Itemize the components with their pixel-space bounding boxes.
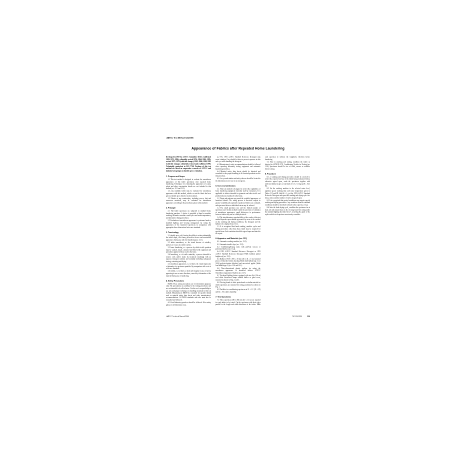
paragraph-1-2: 1.2 Any washable fabric may be evaluated…	[166, 190, 211, 197]
page-footer: AATCC Technical Manual/2000 TM 124-1996 …	[167, 316, 311, 318]
section-3-heading: 3. Terminology	[166, 231, 211, 233]
paragraph-7-2: 7.2 Prior to marking and cutting, condit…	[265, 161, 310, 170]
paragraph-6-5: 6.5 Ballast of 920 x 920 ± 30 mm (36 x 3…	[216, 258, 261, 267]
paragraph-5-4: 5.4 The interlaboratory reproducibility …	[216, 216, 261, 225]
paragraph-3-1: 3.1 durable press, adj.: having the abil…	[166, 234, 211, 241]
paragraph-4-3: 4.3 Manufacturer's safety recommendation…	[216, 163, 261, 170]
development-history-paragraph: Developed in 1967 by AATCC Committee RA6…	[166, 156, 211, 172]
paragraph-3-4: 3.4 laundering, n.: of textile materials…	[166, 253, 211, 262]
footer-manual-label: AATCC Technical Manual/2000	[167, 316, 189, 318]
paragraph-8-4: 8.4 After the final drying cycle, condit…	[265, 206, 310, 215]
paragraph-5-1: 5.1 This test method is designed to refl…	[216, 188, 261, 197]
three-column-text-flow: Developed in 1967 by AATCC Committee RA6…	[166, 156, 310, 310]
footer-right-group: TM 124-1996 206	[292, 316, 310, 318]
section-4-heading: 4. Safety Precautions	[166, 279, 211, 281]
paragraph-4-4: 4.4 Material safety data sheets should b…	[216, 170, 261, 177]
paragraph-6-8: 6.8 Viewing board of white posterboard o…	[216, 281, 261, 288]
section-8-heading: 8. Procedure	[265, 173, 310, 175]
document-page-inner: AATCC Test Method 124-1996 Appearance of…	[166, 136, 310, 326]
paragraph-6-7: 6.7 Overhead lighting fixture equipped w…	[216, 274, 261, 281]
section-1-heading: 1. Purpose and Scope	[166, 175, 211, 177]
safety-note-paragraph: NOTE: These safety precautions are for i…	[166, 283, 211, 301]
section-2-heading: 2. Principle	[166, 207, 211, 209]
footer-page-number: 206	[307, 316, 310, 318]
paragraph-4-1: 4.1 Good laboratory practices should be …	[166, 301, 211, 306]
method-number-label: AATCC Test Method 124-1996	[167, 137, 194, 139]
paragraph-5-3: 5.3 The small specimen size and the limi…	[216, 207, 261, 216]
paragraph-1-3: 1.3 Fabrics of any construction, includi…	[166, 197, 211, 204]
paragraph-8-3: 8.3 It is recognized that special condit…	[265, 199, 310, 206]
document-page: AATCC Test Method 124-1996 Appearance of…	[166, 136, 312, 326]
paragraph-2-1: 2.1 Flat fabric specimens are subjected …	[166, 210, 211, 219]
footer-method-label: TM 124-1996	[292, 316, 302, 318]
paragraph-4-5: 4.5 An eyewash station and safety shower…	[216, 177, 261, 182]
page-background: AATCC Test Method 124-1996 Appearance of…	[0, 0, 458, 458]
paragraph-3-5: 3.5 smoothness appearance, n.: in fabric…	[166, 263, 211, 270]
document-title: Appearance of Fabrics after Repeated Hom…	[166, 147, 310, 151]
paragraph-2-2: 2.2 Evaluation of smoothness appearance …	[166, 219, 211, 228]
paragraph-5-5: 5.5 It is recognized that hand washing, …	[216, 226, 261, 235]
paragraph-8-2: 8.2 Set the washing machine to the selec…	[265, 188, 310, 200]
paragraph-3-3: 3.3 home laundering, n.: a process by wh…	[166, 246, 211, 253]
paragraph-3-6: 3.6 wrinkle, n.: in fabric, a short and …	[166, 270, 211, 277]
paragraph-1-1: 1.1 This test method is designed to eval…	[166, 178, 211, 190]
paragraph-5-2: 5.2 Prints and patterns may mask the wri…	[216, 197, 261, 206]
section-6-heading: 6. Apparatus and Materials (see 13.1)	[216, 237, 261, 239]
paragraph-6-4: 6.4 1993 AATCC Standard Reference Deterg…	[216, 251, 261, 258]
section-5-heading: 5. Uses and Limitations	[216, 185, 261, 187]
section-7-heading: 7. Test Specimens	[216, 296, 261, 298]
paragraph-4-2: 4.2 The 1993 AATCC Standard Reference De…	[216, 156, 261, 163]
paragraph-6-6: 6.6 Three-dimensional plastic replicas f…	[216, 267, 261, 274]
paragraph-8-1: 8.1 A washing and drying procedure shoul…	[265, 176, 310, 188]
paragraph-6-9: 6.9 Facilities for conditioning specimen…	[216, 289, 261, 294]
